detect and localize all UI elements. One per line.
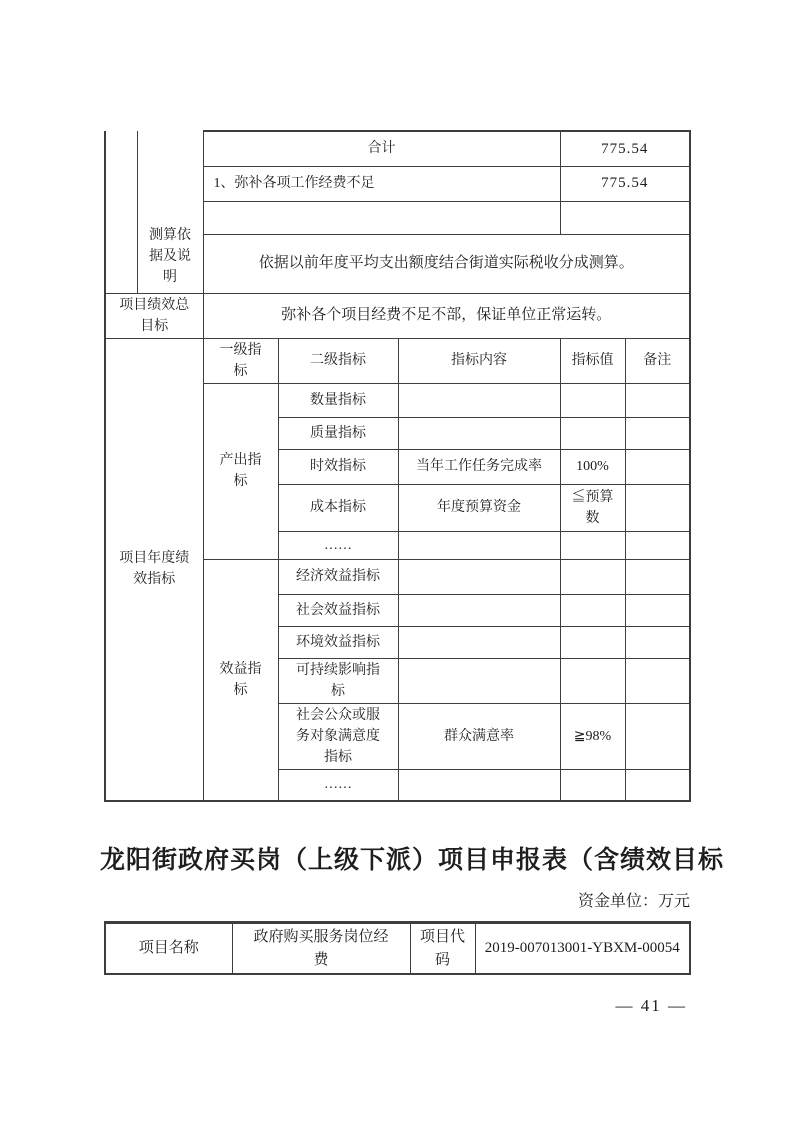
indicator-content: 群众满意率 [398,703,560,769]
indicator-name: 经济效益指标 [278,559,398,594]
indicator-name: 成本指标 [278,484,398,531]
page-number: — 41 — [616,996,688,1016]
indicator-remark [625,658,690,703]
output-group-label: 产出指标 [203,383,278,559]
indicator-remark [625,594,690,626]
indicator-content: 年度预算资金 [398,484,560,531]
indicator-name: 质量指标 [278,417,398,449]
indicator-value: ≧98% [560,703,625,769]
summary-row-value: 775.54 [560,131,690,166]
summary-row-label [203,201,560,234]
continued-left-cell [105,131,137,293]
indicator-content: 当年工作任务完成率 [398,449,560,484]
document-page: 测算依据及说明 合计 775.54 1、弥补各项工作经费不足 775.54 依据… [0,0,793,1122]
indicator-value [560,417,625,449]
goal-text-cell: 弥补各个项目经费不足不部，保证单位正常运转。 [203,293,690,338]
indicator-content [398,769,560,801]
indicator-value: ≦预算数 [560,484,625,531]
header-level1: 一级指标 [203,338,278,383]
indicator-name: 数量指标 [278,383,398,417]
indicator-content [398,594,560,626]
indicator-name: 社会公众或服务对象满意度指标 [278,703,398,769]
basis-text-cell: 依据以前年度平均支出额度结合街道实际税收分成测算。 [203,234,690,293]
indicator-remark [625,626,690,658]
annual-indicator-label-cell: 项目年度绩效指标 [105,338,203,801]
table-row: 项目名称 政府购买服务岗位经费 项目代码 2019-007013001-YBXM… [105,923,690,975]
indicator-value [560,594,625,626]
header-level2: 二级指标 [278,338,398,383]
performance-table: 测算依据及说明 合计 775.54 1、弥补各项工作经费不足 775.54 依据… [104,130,691,802]
indicator-name: 时效指标 [278,449,398,484]
indicator-value [560,769,625,801]
header-value: 指标值 [560,338,625,383]
indicator-name: …… [278,769,398,801]
indicator-content [398,658,560,703]
indicator-remark [625,383,690,417]
indicator-content [398,531,560,559]
indicator-content [398,626,560,658]
summary-row-value: 775.54 [560,166,690,201]
indicator-remark [625,449,690,484]
indicator-remark [625,769,690,801]
indicator-name: …… [278,531,398,559]
project-code-label: 项目代码 [410,923,475,975]
summary-row-label: 合计 [203,131,560,166]
report-title: 龙阳街政府买岗（上级下派）项目申报表（含绩效目标 [100,840,700,876]
indicator-name: 环境效益指标 [278,626,398,658]
indicator-remark [625,417,690,449]
project-name-value: 政府购买服务岗位经费 [232,923,410,975]
indicator-value [560,559,625,594]
indicator-value: 100% [560,449,625,484]
currency-unit-note: 资金单位：万元 [578,888,690,911]
indicator-value [560,658,625,703]
table-row: 项目年度绩效指标 一级指标 二级指标 指标内容 指标值 备注 [105,338,690,383]
indicator-name: 社会效益指标 [278,594,398,626]
table-row: 测算依据及说明 合计 775.54 [105,131,690,166]
indicator-name: 可持续影响指标 [278,658,398,703]
indicator-remark [625,703,690,769]
header-content: 指标内容 [398,338,560,383]
project-code-value: 2019-007013001-YBXM-00054 [475,923,690,975]
indicator-remark [625,484,690,531]
indicator-value [560,626,625,658]
indicator-value [560,531,625,559]
benefit-group-label: 效益指标 [203,559,278,801]
header-remark: 备注 [625,338,690,383]
indicator-content [398,383,560,417]
indicator-remark [625,559,690,594]
summary-row-label: 1、弥补各项工作经费不足 [203,166,560,201]
basis-label-cell: 测算依据及说明 [137,131,203,293]
indicator-value [560,383,625,417]
indicator-content [398,417,560,449]
indicator-remark [625,531,690,559]
indicator-content [398,559,560,594]
project-name-label: 项目名称 [105,923,232,975]
summary-row-value [560,201,690,234]
table-row: 项目绩效总目标 弥补各个项目经费不足不部，保证单位正常运转。 [105,293,690,338]
application-header-table: 项目名称 政府购买服务岗位经费 项目代码 2019-007013001-YBXM… [104,921,691,975]
goal-label-cell: 项目绩效总目标 [105,293,203,338]
